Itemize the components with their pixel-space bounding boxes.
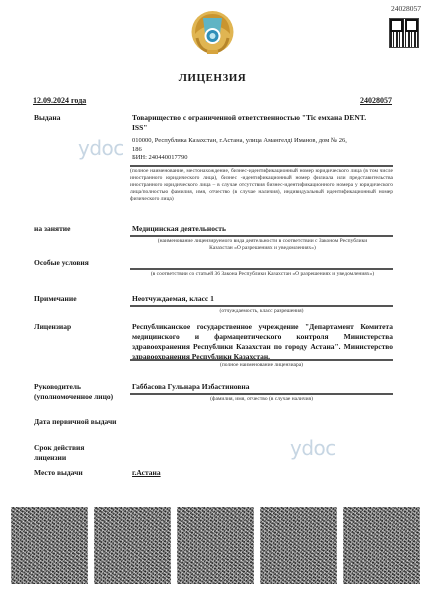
page-title: ЛИЦЕНЗИЯ	[0, 72, 425, 84]
issued-to-name: Товарищество с ограниченной ответственно…	[132, 113, 393, 133]
2d-barcode-icon	[177, 507, 254, 584]
divider	[130, 235, 393, 237]
divider	[130, 393, 393, 395]
note-value: Неотчуждаемая, класс 1	[132, 294, 393, 304]
license-number: 24028057	[360, 96, 392, 105]
place-label: Место выдачи	[34, 468, 83, 478]
special-conditions-label: Особые условия	[34, 258, 89, 268]
divider	[130, 165, 393, 167]
2d-barcode-icon	[11, 507, 88, 584]
kazakhstan-emblem-icon	[189, 8, 236, 56]
2d-barcode-icon	[260, 507, 337, 584]
validity-label-line2: лицензии	[34, 453, 84, 463]
issued-to-label: Выдана	[34, 113, 60, 123]
issued-to-name-line1: Товарищество с ограниченной ответственно…	[132, 113, 393, 123]
activity-hint: (наименование лицензируемого вида деятел…	[150, 238, 375, 252]
head-label: Руководитель (уполномоченное лицо)	[34, 382, 113, 402]
licensor-label: Лицензиар	[34, 322, 71, 332]
note-label: Примечание	[34, 294, 77, 304]
watermark: ydoc	[290, 436, 336, 460]
2d-barcode-icon	[94, 507, 171, 584]
validity-label-line1: Срок действия	[34, 443, 84, 453]
activity-value: Медицинская деятельность	[132, 224, 393, 234]
head-hint: (фамилия, имя, отчество (в случае наличи…	[130, 396, 393, 403]
document-number-top: 24028057	[391, 4, 421, 13]
2d-barcode-icon	[343, 507, 420, 584]
first-issue-label: Дата первичной выдачи	[34, 417, 117, 427]
head-label-line1: Руководитель	[34, 382, 113, 392]
address-line2: 186	[132, 146, 393, 155]
qr-code-icon	[389, 18, 419, 48]
address-line1: 010000, Республика Казахстан, г.Астана, …	[132, 137, 393, 146]
head-label-line2: (уполномоченное лицо)	[34, 392, 113, 402]
divider	[130, 305, 393, 307]
special-conditions-hint: (в соответствии со статьей 36 Закона Рес…	[140, 271, 385, 278]
issued-to-address: 010000, Республика Казахстан, г.Астана, …	[132, 137, 393, 163]
licensor-value: Республиканское государственное учрежден…	[132, 322, 393, 362]
issued-to-name-line2: ISS"	[132, 123, 393, 133]
issue-date: 12.09.2024 года	[33, 96, 86, 105]
licensor-hint: (полное наименование лицензиара)	[130, 362, 393, 369]
bin-number: БИН: 240440017790	[132, 154, 393, 163]
place-value: г.Астана	[132, 468, 161, 477]
note-hint: (отчуждаемость, класс разрешения)	[130, 308, 393, 315]
head-value: Габбасова Гульнара Избастиновна	[132, 382, 393, 392]
validity-label: Срок действия лицензии	[34, 443, 84, 463]
issued-to-hint: (полное наименование, местонахождение, б…	[130, 168, 393, 203]
activity-label: на занятие	[34, 224, 70, 234]
divider	[130, 268, 393, 270]
watermark: ydoc	[78, 136, 124, 160]
divider	[130, 359, 393, 361]
